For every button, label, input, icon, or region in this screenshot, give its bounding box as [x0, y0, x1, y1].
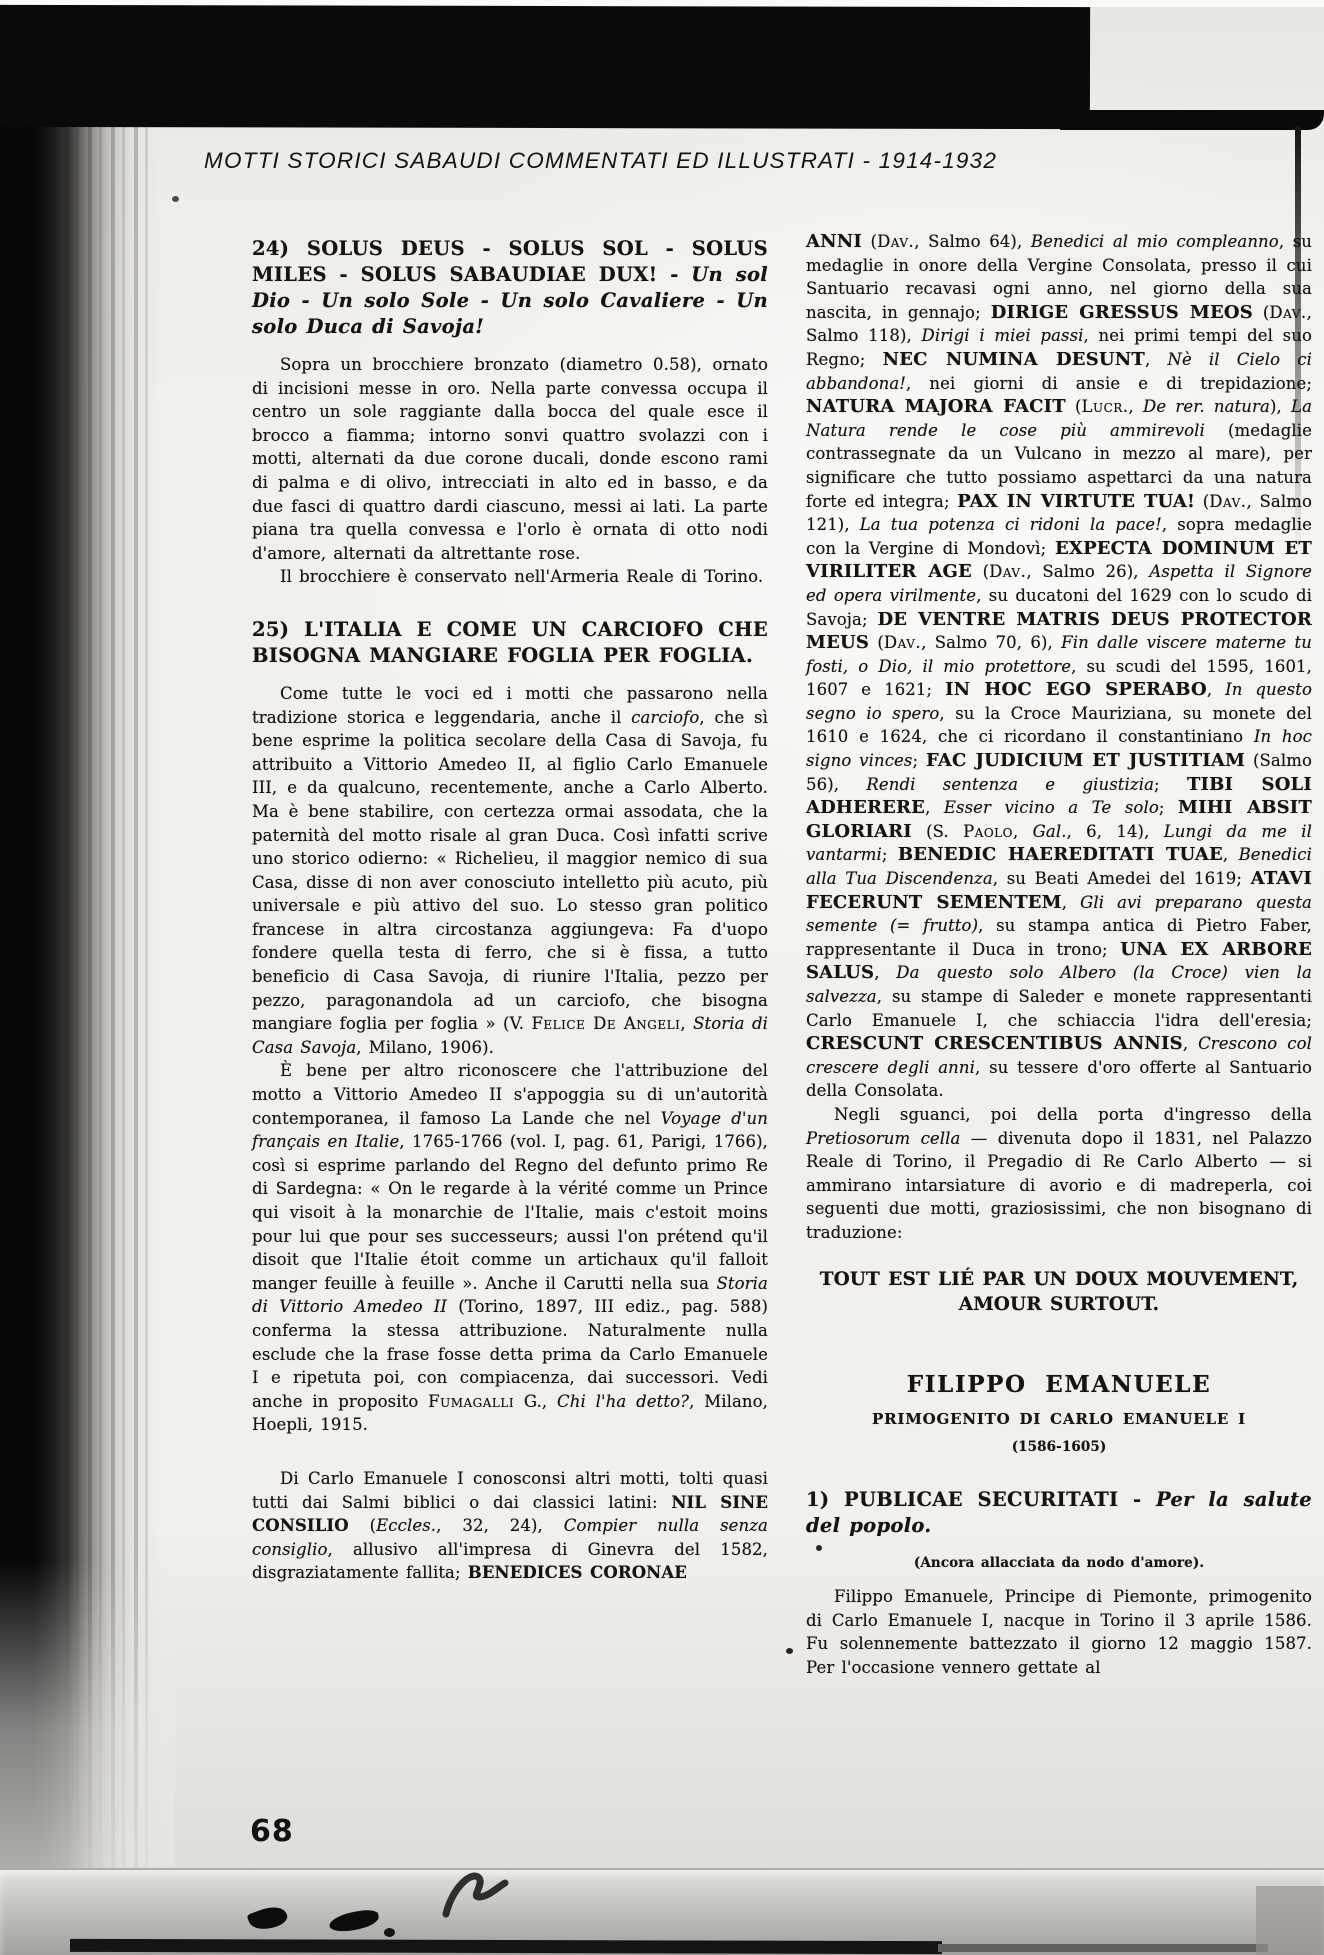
text-run: De rer. natura	[1143, 397, 1270, 416]
text-run: Lucr.	[1082, 397, 1129, 416]
text-run: , su Beati Amedei del 1619;	[993, 869, 1251, 888]
para: Come tutte le voci ed i motti che passar…	[252, 682, 768, 1060]
text-run: Sopra un brocchiere bronzato (diametro 0…	[252, 355, 768, 563]
para: Filippo Emanuele, Principe di Piemonte, …	[806, 1585, 1312, 1679]
text-run: Filippo Emanuele, Principe di Piemonte, …	[806, 1587, 1312, 1677]
text-run: FILIPPO EMANUELE	[907, 1371, 1211, 1398]
text-run: 1) PUBLICAE SECURITATI -	[806, 1488, 1156, 1511]
text-run: ;	[1154, 775, 1187, 794]
text-run: DIRIGE GRESSUS MEOS	[991, 302, 1253, 323]
text-run: , Milano, 1906).	[356, 1038, 494, 1057]
text-run: , che sì bene esprime la politica secola…	[252, 708, 768, 1034]
right-text-column: ANNI (Dav., Salmo 64), Benedici al mio c…	[806, 230, 1312, 1679]
para: Negli sguanci, poi della porta d'ingress…	[806, 1103, 1312, 1245]
text-run: IN HOC EGO SPERABO	[945, 679, 1207, 700]
para: Sopra un brocchiere bronzato (diametro 0…	[252, 353, 768, 565]
text-run: ANNI	[806, 231, 862, 252]
text-run: ,	[1207, 680, 1225, 699]
text-run: Dav.	[1209, 492, 1246, 511]
text-run: , 1765-1766 (vol. I, pag. 61, Parigi, 17…	[252, 1132, 768, 1293]
text-run: PAX IN VIRTUTE TUA!	[957, 491, 1195, 512]
text-run: ,	[1062, 893, 1080, 912]
text-run: La tua potenza ci ridoni la pace!	[860, 515, 1162, 534]
ink-speck	[786, 1648, 793, 1654]
text-run: (	[1253, 303, 1269, 322]
text-run: ;	[882, 845, 898, 864]
ink-dot	[384, 1928, 395, 1937]
text-run: NATURA MAJORA FACIT	[806, 396, 1066, 417]
text-run: , Salmo 70, 6),	[921, 633, 1061, 652]
text-run: Dav.	[884, 633, 921, 652]
center-title: FILIPPO EMANUELE	[806, 1373, 1312, 1397]
text-run: 25) L'ITALIA E COME UN CARCIOFO CHE BISO…	[252, 618, 768, 667]
text-run: ,	[874, 963, 896, 982]
text-run: Benedici al mio compleanno	[1031, 232, 1279, 251]
text-run: (S.	[912, 822, 963, 841]
text-run: ,	[680, 1014, 693, 1033]
scan-top-thin-bar	[1060, 110, 1324, 130]
text-run: Gal.	[1033, 822, 1067, 841]
text-run: , nei giorni di ansie e di trepidazione;	[906, 374, 1312, 393]
text-run: Eccles.	[376, 1516, 436, 1535]
text-run: Chi l'ha detto?	[557, 1392, 689, 1411]
text-run: ,	[1223, 845, 1239, 864]
text-run: , Salmo 64),	[914, 232, 1031, 251]
left-text-column: 24) SOLUS DEUS - SOLUS SOL - SOLUS MILES…	[252, 236, 768, 1585]
para-gap: Di Carlo Emanuele I conosconsi altri mot…	[252, 1467, 768, 1585]
text-run: Negli sguanci, poi della porta d'ingress…	[834, 1105, 1312, 1124]
text-run: Esser vicino a Te solo	[944, 798, 1159, 817]
scanned-book-page: MOTTI STORICI SABAUDI COMMENTATI ED ILLU…	[0, 0, 1324, 1955]
running-header: MOTTI STORICI SABAUDI COMMENTATI ED ILLU…	[204, 148, 997, 174]
text-run: ,	[1013, 822, 1033, 841]
text-run: , su stampe di Saleder e monete rapprese…	[806, 987, 1312, 1030]
text-run: (	[1066, 397, 1082, 416]
text-run: BENEDICES CORONAE	[468, 1563, 687, 1582]
scan-top-black-bar	[0, 5, 1090, 129]
text-run: Dav.	[989, 562, 1026, 581]
text-run: (	[869, 633, 884, 652]
text-run: Dav.	[1269, 303, 1306, 322]
text-run: Fumagalli	[428, 1392, 514, 1411]
text-run: ),	[1270, 397, 1291, 416]
text-run: Pretiosorum cella	[806, 1129, 960, 1148]
text-run: ,	[1183, 1034, 1198, 1053]
text-run: carciofo	[631, 708, 699, 727]
cont: ANNI (Dav., Salmo 64), Benedici al mio c…	[806, 230, 1312, 1103]
text-run: Rendi sentenza e giustizia	[866, 775, 1154, 794]
text-run: Dav.	[877, 232, 914, 251]
text-run: BENEDIC HAEREDITATI TUAE	[898, 844, 1223, 865]
scan-bottom-black-strip	[70, 1939, 942, 1954]
text-run: , 6, 14),	[1067, 822, 1164, 841]
text-run: ;	[913, 751, 926, 770]
scan-bottom-right-corner	[1256, 1886, 1324, 1955]
text-run: Dirigi i miei passi	[922, 326, 1084, 345]
page-number: 68	[250, 1814, 294, 1849]
text-run: TOUT EST LIÉ PAR UN DOUX MOUVEMENT, AMOU…	[820, 1269, 1299, 1315]
motto-heading: 24) SOLUS DEUS - SOLUS SOL - SOLUS MILES…	[252, 236, 768, 340]
scan-bottom-gray-strip	[938, 1944, 1268, 1952]
text-run: (Ancora allacciata da nodo d'amore).	[914, 1555, 1204, 1571]
text-run: Paolo	[963, 822, 1013, 841]
text-run: G.,	[514, 1392, 557, 1411]
text-run: (	[349, 1516, 376, 1535]
text-run: ;	[1159, 798, 1178, 817]
text-run: FAC JUDICIUM ET JUSTITIAM	[926, 750, 1245, 771]
center-years: (1586-1605)	[806, 1436, 1312, 1460]
text-run: , 32, 24),	[436, 1516, 564, 1535]
text-run: ,	[925, 798, 944, 817]
text-run: ,	[1145, 350, 1167, 369]
para: Il brocchiere è conservato nell'Armeria …	[252, 565, 768, 589]
text-run: Felice De Angeli	[531, 1014, 680, 1033]
text-run: (	[1195, 492, 1209, 511]
text-run: NEC NUMINA DESUNT	[883, 349, 1145, 370]
text-run: Il brocchiere è conservato nell'Armeria …	[280, 567, 763, 586]
center-note: (Ancora allacciata da nodo d'amore).	[806, 1552, 1312, 1576]
text-run: (1586-1605)	[1012, 1439, 1107, 1455]
motto-heading: 25) L'ITALIA E COME UN CARCIOFO CHE BISO…	[252, 617, 768, 669]
pen-squiggle-mark	[438, 1852, 520, 1924]
text-run: CRESCUNT CRESCENTIBUS ANNIS	[806, 1033, 1183, 1054]
text-run: (	[862, 232, 877, 251]
center-sub: PRIMOGENITO DI CARLO EMANUELE I	[806, 1408, 1312, 1432]
text-run: ,	[1129, 397, 1144, 416]
text-run: PRIMOGENITO DI CARLO EMANUELE I	[872, 1410, 1246, 1428]
ink-speck	[172, 196, 179, 202]
para: È bene per altro riconoscere che l'attri…	[252, 1059, 768, 1437]
text-run: , Salmo 26),	[1026, 562, 1149, 581]
motto-heading: 1) PUBLICAE SECURITATI - Per la salute d…	[806, 1487, 1312, 1539]
center-bold: TOUT EST LIÉ PAR UN DOUX MOUVEMENT, AMOU…	[806, 1267, 1312, 1317]
text-run: (	[972, 562, 989, 581]
gutter-fade	[0, 1560, 175, 1870]
